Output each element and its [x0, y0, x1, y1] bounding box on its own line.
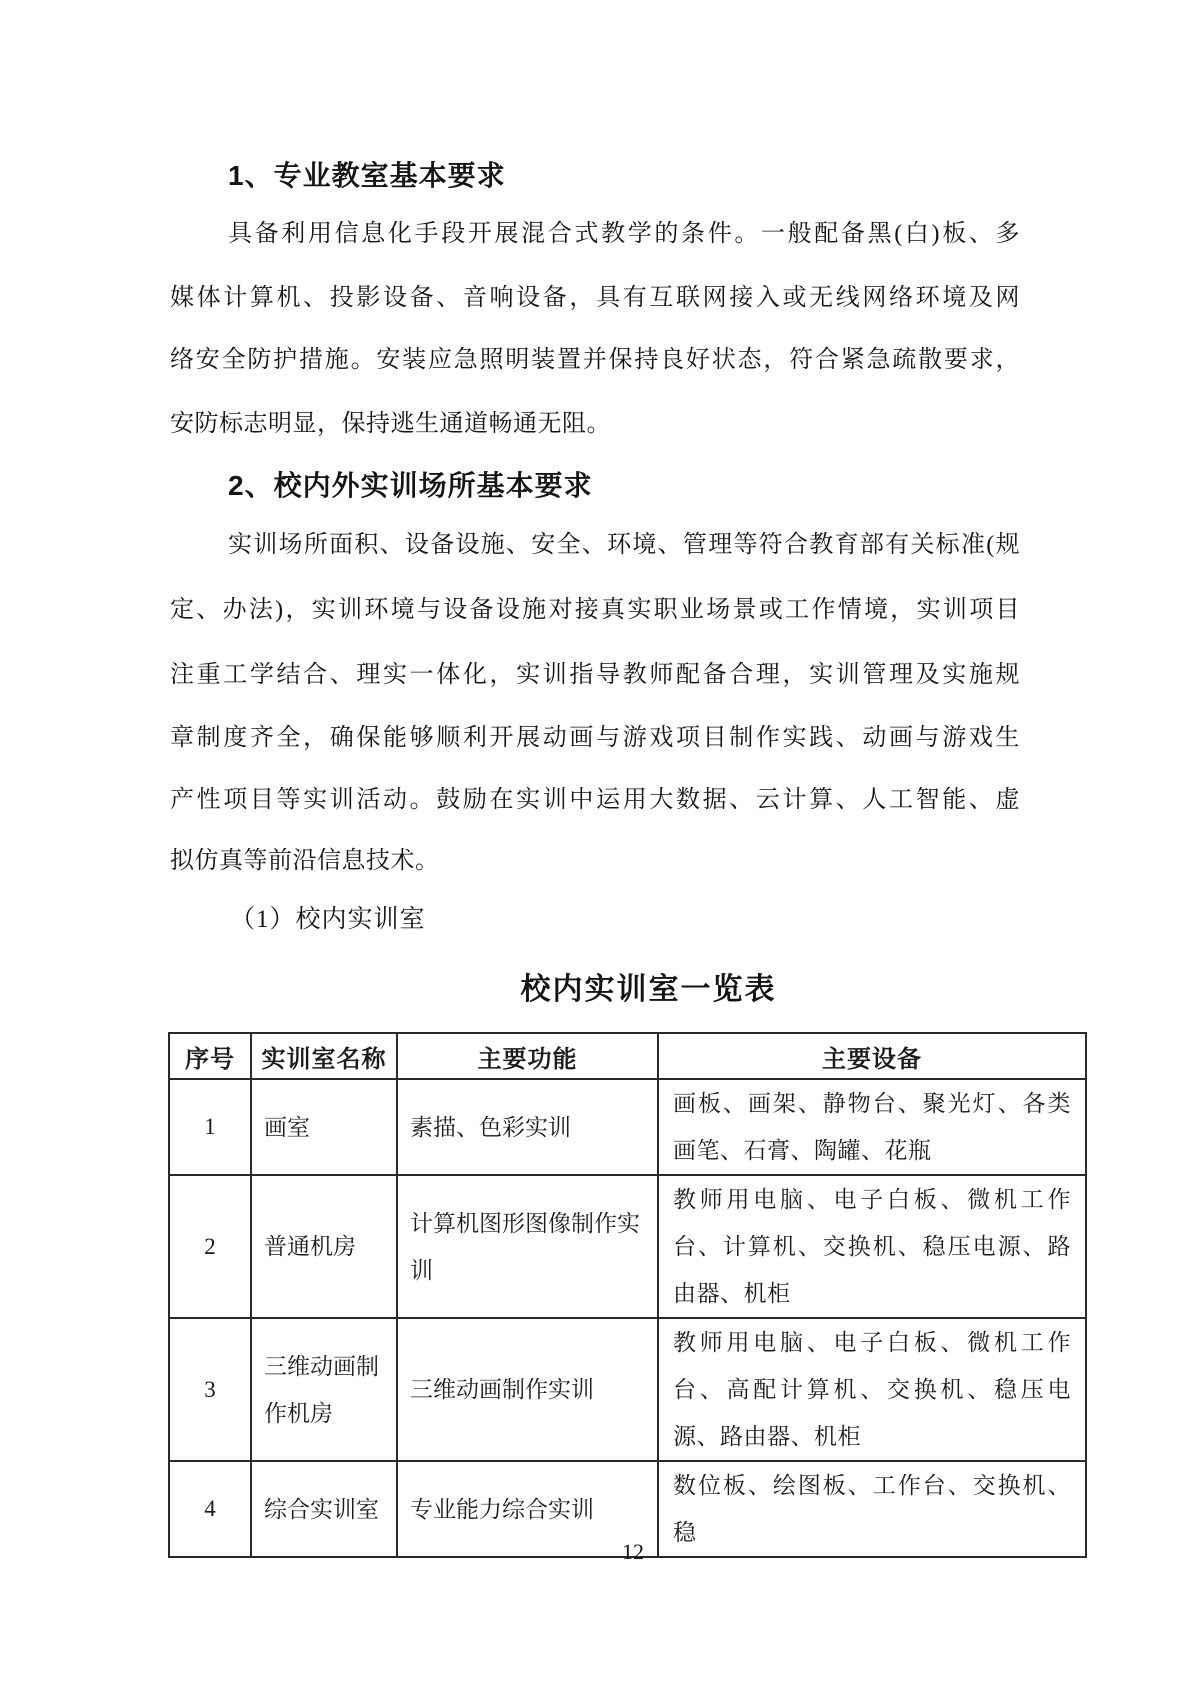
cell-no: 3 [169, 1318, 251, 1461]
paragraph2-line: 注重工学结合、理实一体化，实训指导教师配备合理，实训管理及实施规 [170, 657, 1020, 693]
paragraph1-line: 络安全防护措施。安装应急照明装置并保持良好状态，符合紧急疏散要求， [170, 342, 1020, 378]
cell-room-name: 三维动画制作机房 [251, 1318, 397, 1461]
cell-equipment: 教师用电脑、电子白板、微机工作台、高配计算机、交换机、稳压电源、路由器、机柜 [658, 1318, 1086, 1461]
cell-equipment: 画板、画架、静物台、聚光灯、各类画笔、石膏、陶罐、花瓶 [658, 1079, 1086, 1175]
cell-equipment: 数位板、绘图板、工作台、交换机、稳 [658, 1461, 1086, 1557]
paragraph1-line: 安防标志明显，保持逃生通道畅通无阻。 [170, 406, 1020, 442]
table-row: 2 普通机房 计算机图形图像制作实训 教师用电脑、电子白板、微机工作台、计算机、… [169, 1175, 1086, 1318]
paragraph1-line: 媒体计算机、投影设备、音响设备，具有互联网接入或无线网络环境及网 [170, 280, 1020, 316]
table-row: 1 画室 素描、色彩实训 画板、画架、静物台、聚光灯、各类画笔、石膏、陶罐、花瓶 [169, 1079, 1086, 1175]
cell-function: 素描、色彩实训 [397, 1079, 658, 1175]
cell-room-name: 普通机房 [251, 1175, 397, 1318]
table-header-row: 序号 实训室名称 主要功能 主要设备 [169, 1033, 1086, 1079]
section-heading-2: 2、校内外实训场所基本要求 [228, 468, 593, 504]
cell-function: 计算机图形图像制作实训 [397, 1175, 658, 1318]
page-number: 12 [600, 1537, 666, 1567]
sub-heading-campus-rooms: （1）校内实训室 [170, 902, 1020, 938]
paragraph2-line: 拟仿真等前沿信息技术。 [170, 843, 1020, 879]
cell-no: 1 [169, 1079, 251, 1175]
cell-no: 4 [169, 1461, 251, 1557]
table-title: 校内实训室一览表 [190, 971, 1107, 1009]
paragraph1-line: 具备利用信息化手段开展混合式教学的条件。一般配备黑(白)板、多 [170, 216, 1020, 252]
cell-room-name: 画室 [251, 1079, 397, 1175]
col-header-equipment: 主要设备 [658, 1033, 1086, 1079]
col-header-function: 主要功能 [397, 1033, 658, 1079]
cell-equipment: 教师用电脑、电子白板、微机工作台、计算机、交换机、稳压电源、路由器、机柜 [658, 1175, 1086, 1318]
col-header-name: 实训室名称 [251, 1033, 397, 1079]
cell-function: 三维动画制作实训 [397, 1318, 658, 1461]
table-row: 3 三维动画制作机房 三维动画制作实训 教师用电脑、电子白板、微机工作台、高配计… [169, 1318, 1086, 1461]
col-header-no: 序号 [169, 1033, 251, 1079]
document-page: 1、专业教室基本要求 具备利用信息化手段开展混合式教学的条件。一般配备黑(白)板… [0, 0, 1190, 1683]
cell-no: 2 [169, 1175, 251, 1318]
training-rooms-table: 序号 实训室名称 主要功能 主要设备 1 画室 素描、色彩实训 画板、画架、静物… [168, 1032, 1087, 1558]
paragraph2-line: 产性项目等实训活动。鼓励在实训中运用大数据、云计算、人工智能、虚 [170, 782, 1020, 818]
paragraph2-line: 实训场所面积、设备设施、安全、环境、管理等符合教育部有关标准(规 [170, 527, 1020, 563]
cell-room-name: 综合实训室 [251, 1461, 397, 1557]
paragraph2-line: 章制度齐全，确保能够顺利开展动画与游戏项目制作实践、动画与游戏生 [170, 720, 1020, 756]
paragraph2-line: 定、办法)，实训环境与设备设施对接真实职业场景或工作情境，实训项目 [170, 592, 1020, 628]
section-heading-1: 1、专业教室基本要求 [228, 158, 506, 194]
